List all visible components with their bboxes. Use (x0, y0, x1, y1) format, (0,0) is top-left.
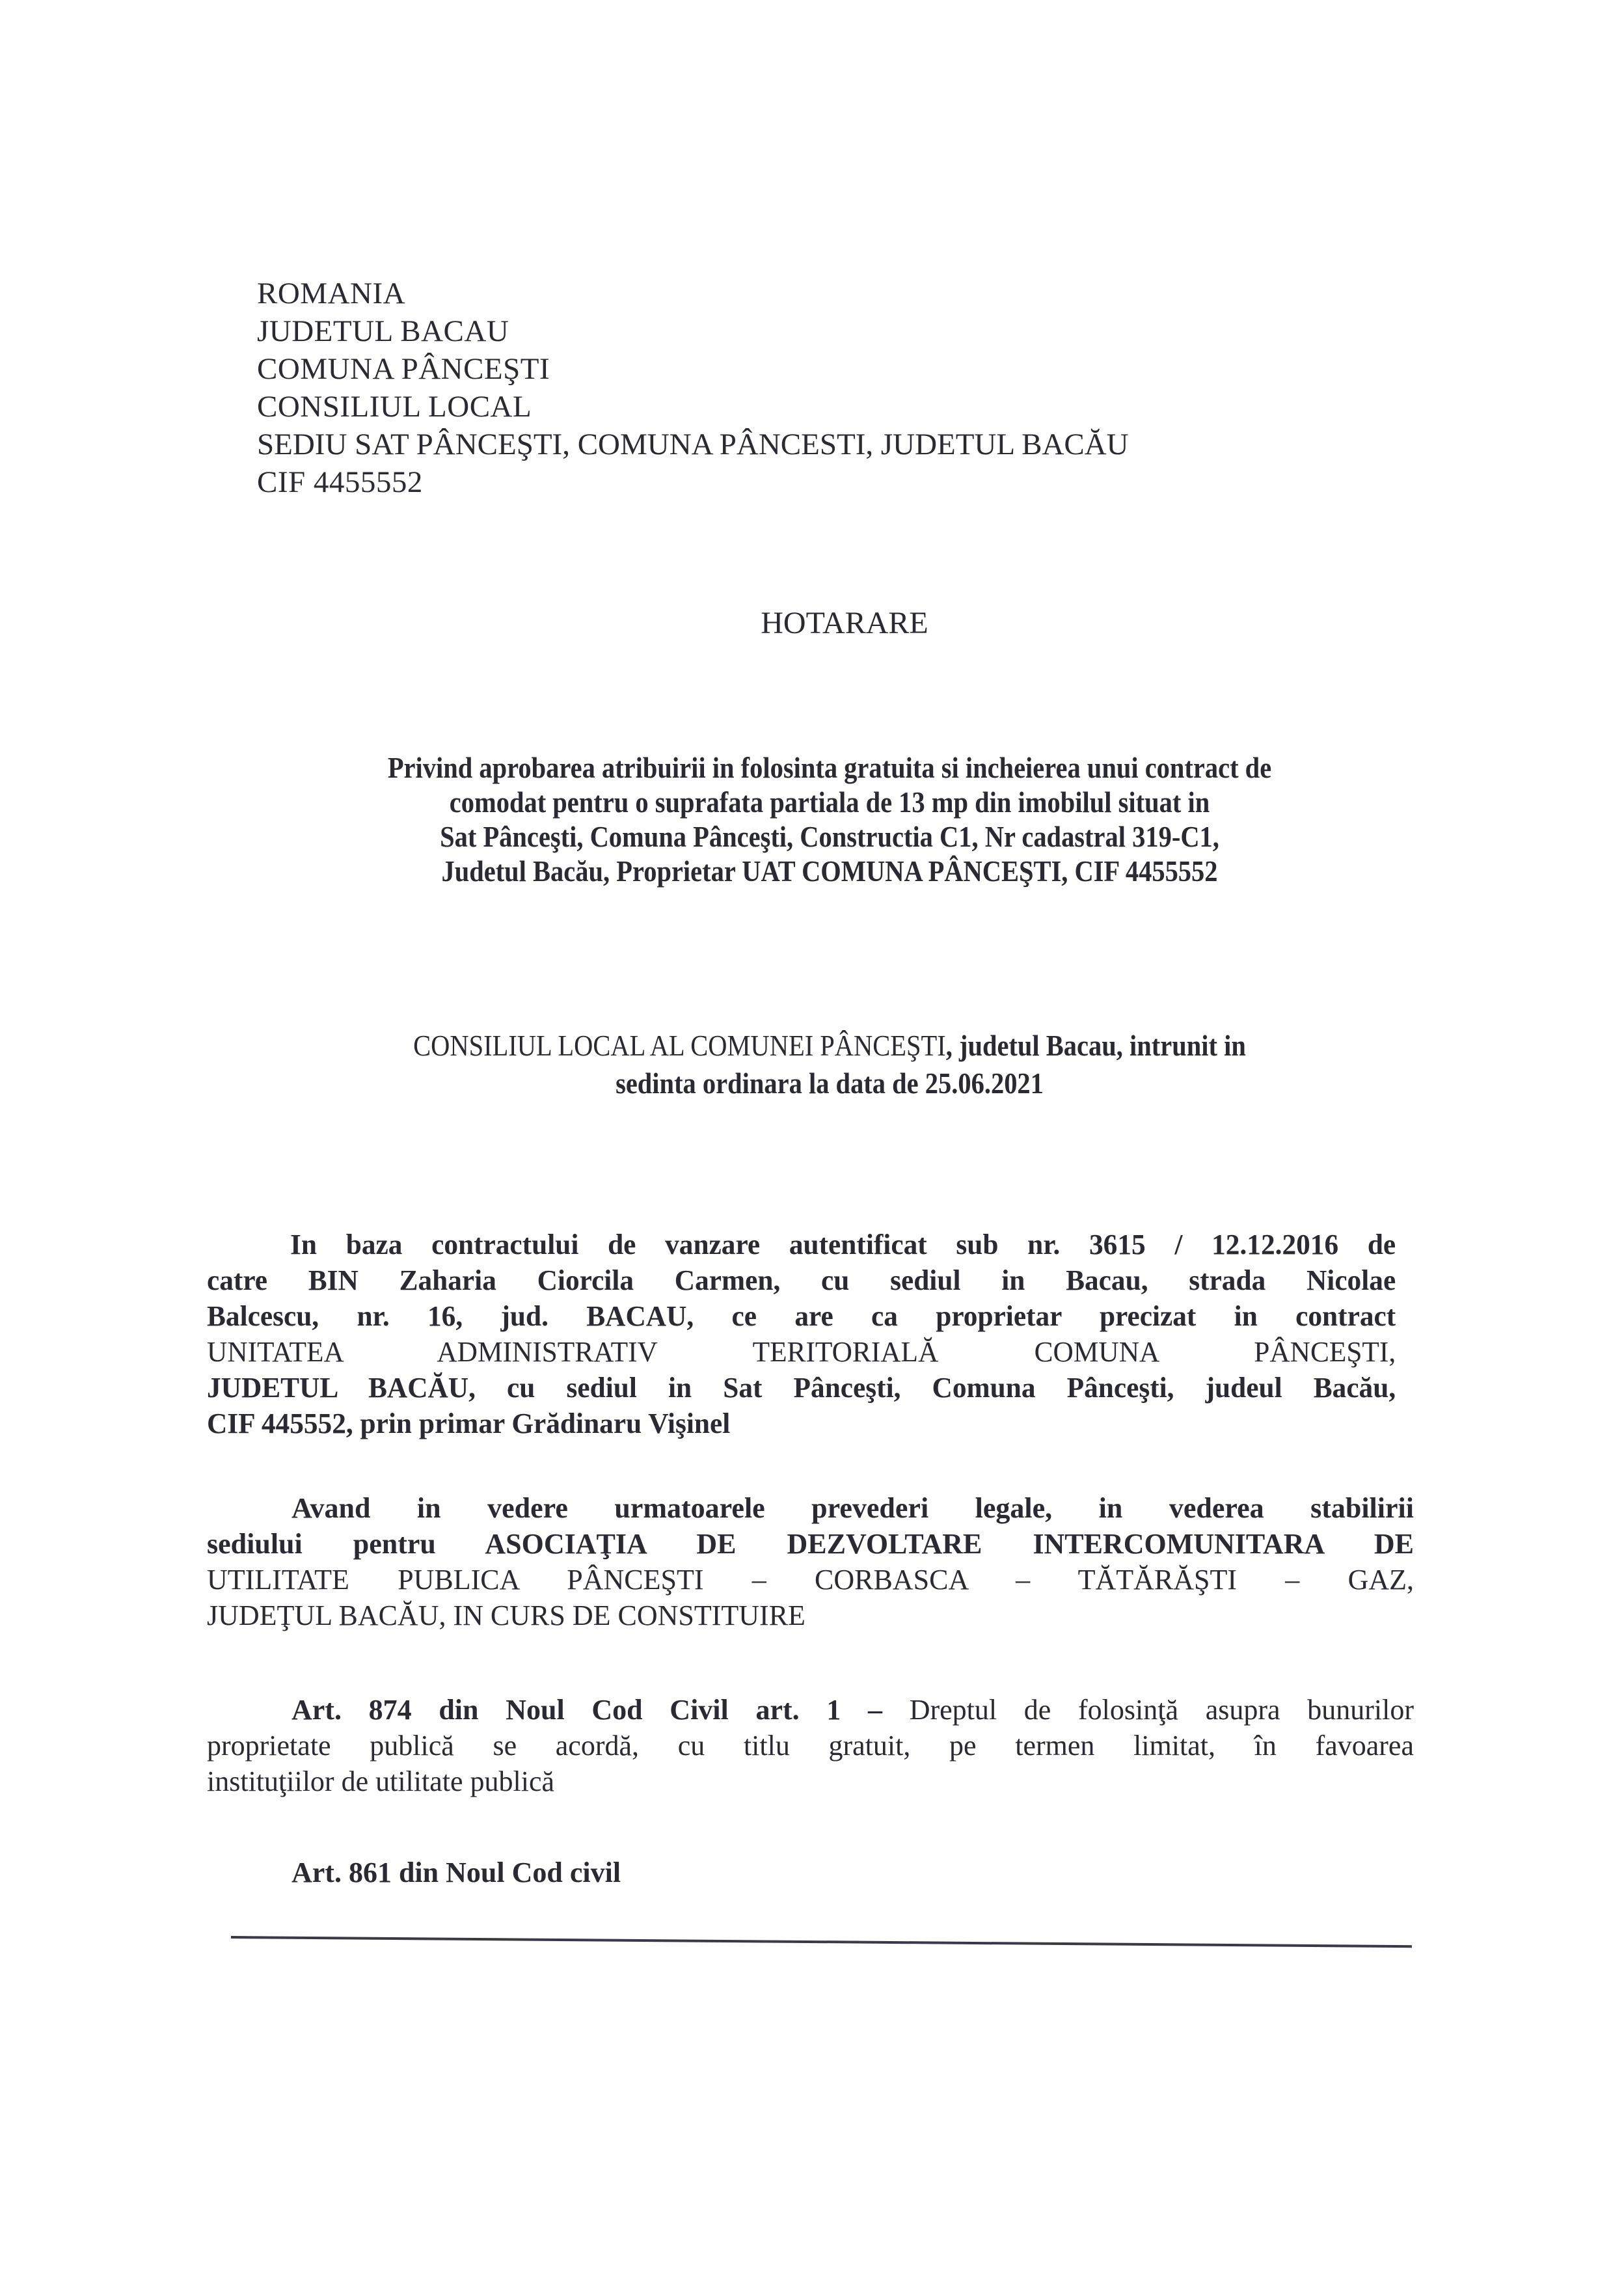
subject-line: comodat pentru o suprafata partiala de 1… (271, 785, 1388, 819)
paragraph-line: CIF 445552, prin primar Grădinaru Vişine… (207, 1406, 1396, 1441)
council-line-1: CONSILIUL LOCAL AL COMUNEI PÂNCEŞTI, jud… (271, 1027, 1388, 1065)
paragraph-line: Avand in vedere urmatoarele prevederi le… (207, 1490, 1414, 1526)
paragraph-line: Art. 874 din Noul Cod Civil art. 1 – Dre… (207, 1692, 1414, 1728)
article-text: Dreptul de folosinţă asupra bunurilor (882, 1694, 1414, 1726)
subject-line: Sat Pânceşti, Comuna Pânceşti, Construct… (271, 819, 1388, 854)
issuer-header: ROMANIA JUDETUL BACAU COMUNA PÂNCEŞTI CO… (257, 275, 1129, 501)
header-county: JUDETUL BACAU (257, 312, 1129, 350)
council-session-statement: CONSILIUL LOCAL AL COMUNEI PÂNCEŞTI, jud… (271, 1027, 1388, 1102)
session-date-line: sedinta ordinara la data de 25.06.2021 (271, 1065, 1388, 1102)
paragraph-line: instituţiilor de utilitate publică (207, 1763, 1414, 1799)
paragraph-line: JUDETUL BACĂU, cu sediul in Sat Pânceşti… (207, 1370, 1396, 1406)
paragraph-line: proprietate publică se acordă, cu titlu … (207, 1728, 1414, 1763)
paragraph-line: In baza contractului de vanzare autentif… (207, 1227, 1396, 1262)
header-address: SEDIU SAT PÂNCEŞTI, COMUNA PÂNCESTI, JUD… (257, 426, 1129, 463)
horizontal-rule (231, 1936, 1412, 1948)
paragraph-line: JUDEŢUL BACĂU, IN CURS DE CONSTITUIRE (207, 1598, 1414, 1633)
header-country: ROMANIA (257, 275, 1129, 312)
paragraph-art-874: Art. 874 din Noul Cod Civil art. 1 – Dre… (207, 1692, 1414, 1799)
council-name: CONSILIUL LOCAL AL COMUNEI PÂNCEŞTI (413, 1029, 946, 1062)
paragraph-legal-provisions: Avand in vedere urmatoarele prevederi le… (207, 1490, 1414, 1633)
document-title: HOTARARE (0, 605, 1624, 642)
subject-line: Judetul Bacău, Proprietar UAT COMUNA PÂN… (271, 854, 1388, 888)
decision-subject: Privind aprobarea atribuirii in folosint… (271, 750, 1388, 888)
header-cif: CIF 4455552 (257, 463, 1129, 501)
scanned-document-page: ROMANIA JUDETUL BACAU COMUNA PÂNCEŞTI CO… (0, 0, 1624, 2273)
paragraph-line: UTILITATE PUBLICA PÂNCEŞTI – CORBASCA – … (207, 1562, 1414, 1598)
article-reference: Art. 861 din Noul Cod civil (207, 1855, 1414, 1890)
paragraph-line: UNITATEA ADMINISTRATIV TERITORIALĂ COMUN… (207, 1334, 1396, 1370)
paragraph-line: Balcescu, nr. 16, jud. BACAU, ce are ca … (207, 1298, 1396, 1334)
council-location: , judetul Bacau, intrunit in (946, 1029, 1246, 1062)
paragraph-line: catre BIN Zaharia Ciorcila Carmen, cu se… (207, 1262, 1396, 1298)
paragraph-contract-basis: In baza contractului de vanzare autentif… (207, 1227, 1396, 1441)
paragraph-art-861: Art. 861 din Noul Cod civil (207, 1855, 1414, 1890)
header-council: CONSILIUL LOCAL (257, 388, 1129, 426)
paragraph-line: sediului pentru ASOCIAŢIA DE DEZVOLTARE … (207, 1526, 1414, 1562)
article-reference: Art. 874 din Noul Cod Civil art. 1 – (291, 1694, 882, 1726)
subject-line: Privind aprobarea atribuirii in folosint… (271, 750, 1388, 785)
header-commune: COMUNA PÂNCEŞTI (257, 350, 1129, 388)
